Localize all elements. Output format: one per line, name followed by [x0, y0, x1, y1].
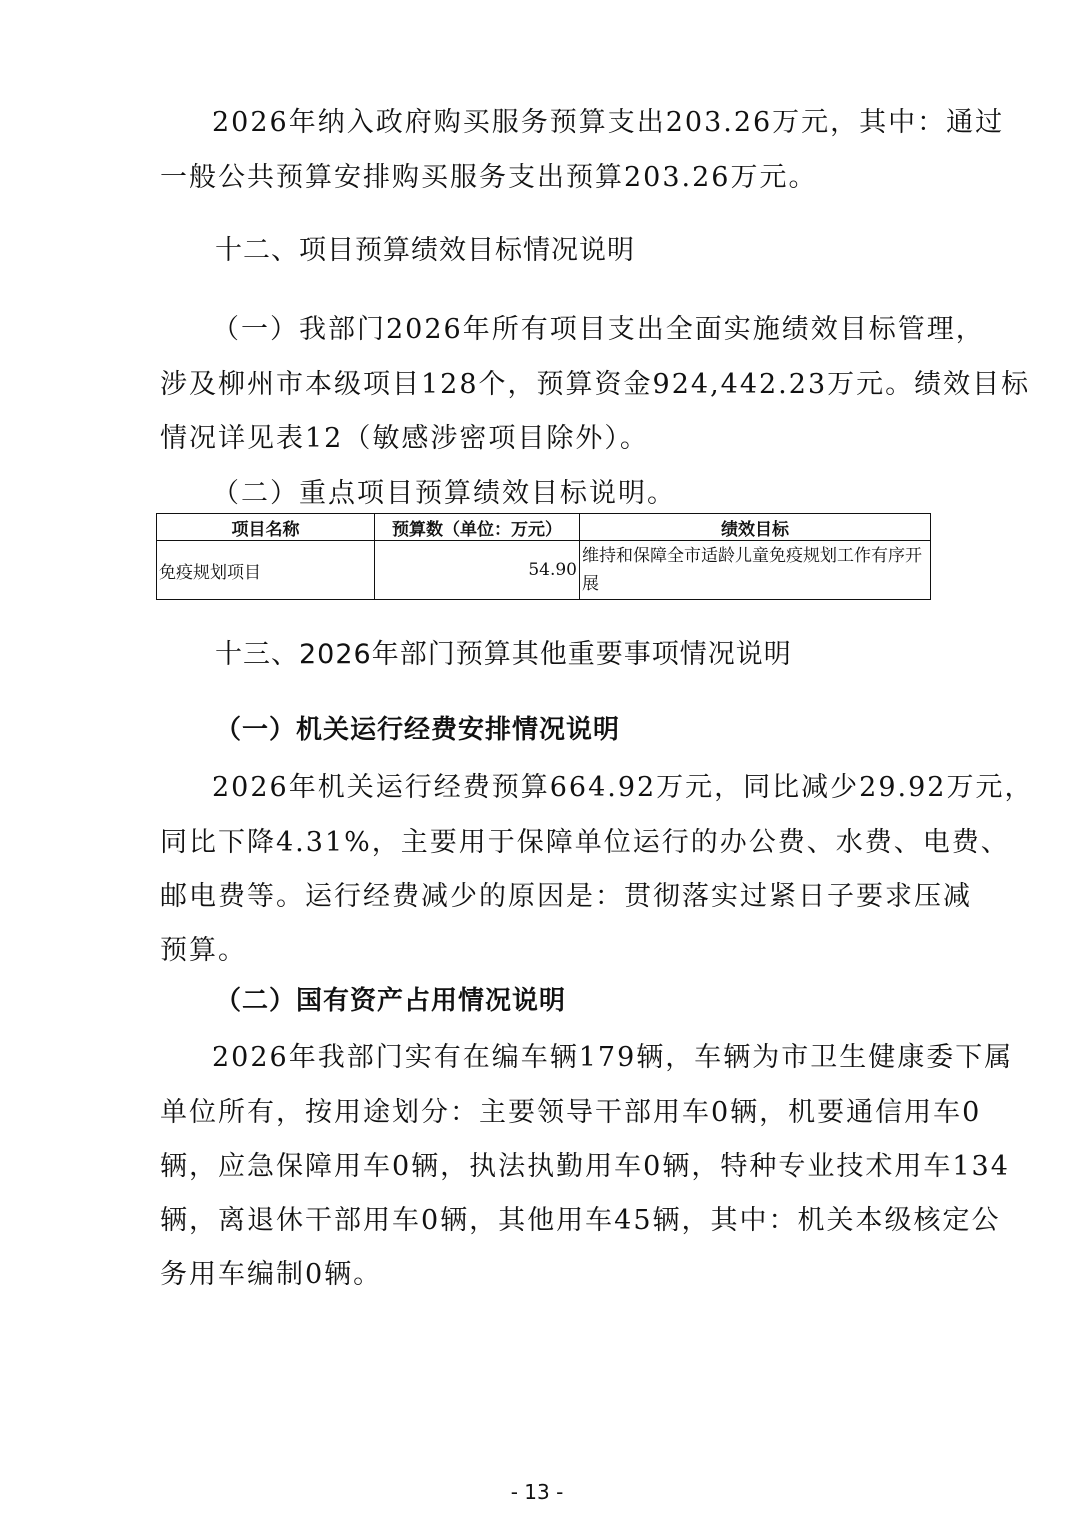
subsection-heading: （二）国有资产占用情况说明	[215, 980, 566, 1017]
header-budget: 预算数（单位：万元）	[375, 514, 580, 541]
cell-project-name: 免疫规划项目	[157, 541, 375, 600]
paragraph-line: 辆，应急保障用车0辆，执法执勤用车0辆，特种专业技术用车134	[160, 1144, 1010, 1183]
page-number: - 13 -	[0, 1480, 1074, 1504]
section-heading-12: 十二、项目预算绩效目标情况说明	[215, 228, 635, 267]
paragraph-line: 涉及柳州市本级项目128个，预算资金924,442.23万元。绩效目标	[160, 362, 1030, 401]
cell-goal: 维持和保障全市适龄儿童免疫规划工作有序开展	[580, 541, 931, 600]
paragraph-line: 2026年我部门实有在编车辆179辆，车辆为市卫生健康委下属	[212, 1035, 1013, 1074]
paragraph-line: 情况详见表12（敏感涉密项目除外）。	[160, 416, 649, 455]
paragraph-line: （一）我部门2026年所有项目支出全面实施绩效目标管理，	[212, 307, 985, 346]
paragraph-line: 务用车编制0辆。	[160, 1252, 382, 1291]
subsection-heading: （一）机关运行经费安排情况说明	[215, 709, 620, 746]
paragraph-line: 辆，离退休干部用车0辆，其他用车45辆，其中：机关本级核定公	[160, 1198, 1001, 1237]
paragraph-line: 单位所有，按用途划分：主要领导干部用车0辆，机要通信用车0	[160, 1090, 981, 1129]
cell-budget: 54.90	[375, 541, 580, 600]
paragraph-line: （二）重点项目预算绩效目标说明。	[212, 471, 676, 510]
paragraph-line: 预算。	[160, 928, 247, 967]
section-heading-13: 十三、2026年部门预算其他重要事项情况说明	[215, 632, 792, 671]
paragraph-line: 2026年机关运行经费预算664.92万元，同比减少29.92万元，	[212, 765, 1033, 804]
paragraph-line: 2026年纳入政府购买服务预算支出203.26万元，其中：通过	[212, 100, 1004, 139]
paragraph-line: 邮电费等。运行经费减少的原因是：贯彻落实过紧日子要求压减	[160, 874, 972, 913]
performance-goal-table: 项目名称 预算数（单位：万元） 绩效目标 免疫规划项目 54.90 维持和保障全…	[156, 513, 931, 600]
document-page: 2026年纳入政府购买服务预算支出203.26万元，其中：通过 一般公共预算安排…	[0, 0, 1074, 1520]
paragraph-line: 一般公共预算安排购买服务支出预算203.26万元。	[160, 155, 817, 194]
paragraph-line: 同比下降4.31%，主要用于保障单位运行的办公费、水费、电费、	[160, 820, 1010, 859]
table-row: 免疫规划项目 54.90 维持和保障全市适龄儿童免疫规划工作有序开展	[157, 541, 931, 600]
table-header-row: 项目名称 预算数（单位：万元） 绩效目标	[157, 514, 931, 541]
header-goal: 绩效目标	[580, 514, 931, 541]
header-project-name: 项目名称	[157, 514, 375, 541]
